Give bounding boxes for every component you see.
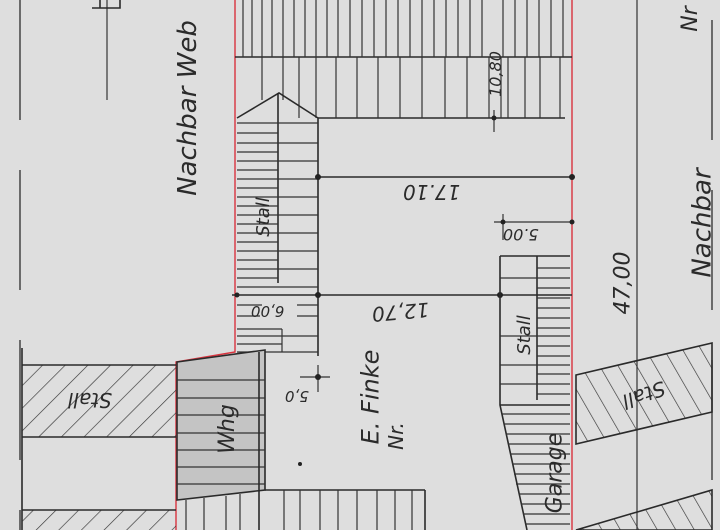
site-plan-canvas: Nachbar Web Nachbar Nr E. Finke Nr. Stal… [0, 0, 720, 530]
owner-nr-label: Nr. [386, 422, 406, 450]
neighbor-right-nr-label: Nr [680, 6, 702, 32]
dim-total-length: 47,00 [612, 252, 634, 315]
neighbor-right-label: Nachbar [690, 168, 716, 277]
dim-width-upper: 17.10 [403, 182, 460, 202]
dim-width-middle: 12,70 [371, 300, 430, 325]
whg-label: Whg [217, 404, 239, 454]
neighbor-left-label: Nachbar Web [175, 20, 201, 196]
dim-offset-left: 5,0 [285, 388, 309, 403]
garage-label: Garage [544, 433, 566, 514]
owner-label: E. Finke [358, 350, 382, 445]
stall-right-label: Stall [516, 315, 534, 355]
dim-offset-right: 5.00 [503, 226, 539, 242]
dim-stall-depth: 6,00 [251, 303, 284, 318]
stall-left-neighbor-label: Stall [68, 390, 112, 410]
dim-top-depth: 10,80 [488, 51, 504, 97]
stall-left-upper-label: Stall [255, 197, 273, 237]
